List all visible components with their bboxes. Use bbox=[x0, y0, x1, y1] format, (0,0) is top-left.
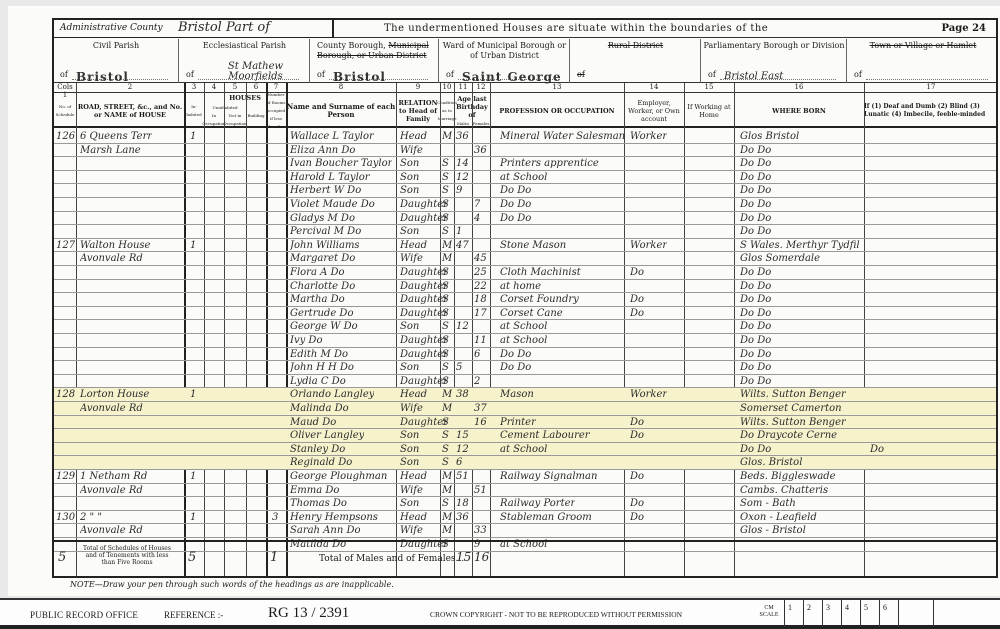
relation: Son bbox=[400, 158, 419, 169]
relation: Son bbox=[400, 430, 419, 441]
relation: Daughter bbox=[400, 199, 448, 210]
note-text: NOTE—Draw your pen through such words of… bbox=[70, 580, 394, 589]
inhabited-count: 1 bbox=[190, 471, 196, 482]
marital-condition: S bbox=[442, 349, 449, 360]
employment-status: Do bbox=[630, 471, 644, 482]
birthplace: Do Do bbox=[740, 444, 771, 455]
person-name: John H H Do bbox=[290, 362, 354, 373]
birthplace: Do Do bbox=[740, 185, 771, 196]
marital-condition: S bbox=[442, 281, 449, 292]
total-mf-label: Total of Males and of Females... bbox=[319, 554, 464, 564]
census-row: Reginald DoSonS6Glos. Bristol bbox=[54, 456, 996, 470]
census-row: 1291 Netham Rd1George PloughmanHeadM51Ra… bbox=[54, 470, 996, 484]
census-row: Harold L TaylorSonS12at SchoolDo Do bbox=[54, 171, 996, 185]
total-houses: 5 bbox=[188, 550, 196, 565]
person-name: Orlando Langley bbox=[290, 389, 374, 400]
birthplace: Som - Bath bbox=[740, 498, 796, 509]
person-name: Percival M Do bbox=[290, 226, 361, 237]
age-male: 15 bbox=[456, 430, 469, 441]
birthplace: Do Do bbox=[740, 321, 771, 332]
person-name: Violet Maude Do bbox=[290, 199, 375, 210]
census-row: 128Lorton House1Orlando LangleyHeadM38Ma… bbox=[54, 388, 996, 402]
person-name: Gertrude Do bbox=[290, 308, 353, 319]
county-borough: County Borough, Municipal Borough, or Ur… bbox=[311, 39, 439, 83]
census-row: Gladys M DoDaughterS4Do DoDo Do bbox=[54, 212, 996, 226]
age-male: 36 bbox=[456, 131, 469, 142]
occupation: at School bbox=[500, 444, 547, 455]
census-row: Oliver LangleySonS15Cement LabourerDoDo … bbox=[54, 429, 996, 443]
person-name: Malinda Do bbox=[290, 403, 349, 414]
person-name: George Ploughman bbox=[290, 471, 387, 482]
census-row: Avonvale RdMargaret DoWifeM45Glos Somerd… bbox=[54, 252, 996, 266]
header-districts: Civil Parish of Bristol Ecclesiastical P… bbox=[54, 39, 996, 83]
census-row: Maud DoDaughterS16PrinterDoWilts. Sutton… bbox=[54, 416, 996, 430]
census-row: Stanley DoSonS12at SchoolDo DoDo bbox=[54, 443, 996, 457]
relation: Wife bbox=[400, 525, 423, 536]
marital-condition: M bbox=[442, 389, 452, 400]
parliamentary-borough: Parliamentary Borough or Division of Bri… bbox=[702, 39, 847, 83]
relation: Wife bbox=[400, 403, 423, 414]
birthplace: Do Do bbox=[740, 294, 771, 305]
census-row: Ivan Boucher TaylorSonS14Printers appren… bbox=[54, 157, 996, 171]
schedule-number: 129 bbox=[56, 471, 75, 482]
census-row: 1266 Queens Terr1Wallace L TaylorHeadM36… bbox=[54, 130, 996, 144]
road-address: 6 Queens Terr bbox=[80, 131, 152, 142]
relation: Son bbox=[400, 172, 419, 183]
census-row: Marsh LaneEliza Ann DoWife36Do Do bbox=[54, 144, 996, 158]
relation: Daughter bbox=[400, 417, 448, 428]
person-name: Harold L Taylor bbox=[290, 172, 370, 183]
relation: Head bbox=[400, 389, 427, 400]
marital-condition: S bbox=[442, 362, 449, 373]
road-address: Walton House bbox=[80, 240, 150, 251]
age-male: 47 bbox=[456, 240, 469, 251]
employment-status: Do bbox=[630, 417, 644, 428]
scale-3: 3 bbox=[822, 600, 841, 627]
age-male: 12 bbox=[456, 172, 469, 183]
census-row: Charlotte DoDaughterS22at homeDo Do bbox=[54, 280, 996, 294]
relation: Son bbox=[400, 362, 419, 373]
age-female: 36 bbox=[474, 145, 487, 156]
cm-scale: 1 2 3 4 5 6 bbox=[784, 600, 934, 627]
birthplace: Oxon - Leafield bbox=[740, 512, 817, 523]
birthplace: Do Do bbox=[740, 281, 771, 292]
age-female: 17 bbox=[474, 308, 487, 319]
marital-condition: M bbox=[442, 485, 452, 496]
age-female: 37 bbox=[474, 403, 487, 414]
occupation: Do Do bbox=[500, 199, 531, 210]
road-address: Marsh Lane bbox=[80, 145, 141, 156]
age-male: 5 bbox=[456, 362, 462, 373]
birthplace: Glos - Bristol bbox=[740, 525, 806, 536]
occupation: Printers apprentice bbox=[500, 158, 599, 169]
archive-footer: PUBLIC RECORD OFFICE REFERENCE :- RG 13 … bbox=[0, 598, 1000, 629]
relation: Daughter bbox=[400, 308, 448, 319]
census-row: Edith M DoDaughterS6Do DoDo Do bbox=[54, 348, 996, 362]
person-name: Charlotte Do bbox=[290, 281, 355, 292]
person-name: Henry Hempsons bbox=[290, 512, 378, 523]
relation: Head bbox=[400, 471, 427, 482]
marital-condition: M bbox=[442, 525, 452, 536]
census-sheet: Administrative County Bristol Part of Th… bbox=[8, 6, 1000, 596]
birthplace: Do Do bbox=[740, 267, 771, 278]
occupation: Stone Mason bbox=[500, 240, 566, 251]
birthplace: Do Do bbox=[740, 335, 771, 346]
person-name: Margaret Do bbox=[290, 253, 355, 264]
occupation: Stableman Groom bbox=[500, 512, 592, 523]
header-top: Administrative County Bristol Part of Th… bbox=[54, 20, 996, 38]
relation: Daughter bbox=[400, 335, 448, 346]
marital-condition: S bbox=[442, 199, 449, 210]
census-row: Avonvale RdEmma DoWifeM51Cambs. Chatteri… bbox=[54, 484, 996, 498]
birthplace: Do Do bbox=[740, 172, 771, 183]
scale-6: 6 bbox=[879, 600, 898, 627]
person-name: Emma Do bbox=[290, 485, 339, 496]
employment-status: Do bbox=[630, 294, 644, 305]
inhabited-count: 1 bbox=[190, 240, 196, 251]
employment-status: Do bbox=[630, 498, 644, 509]
census-row: Lydia C DoDaughterS2Do Do bbox=[54, 375, 996, 389]
occupation: Printer bbox=[500, 417, 536, 428]
relation: Head bbox=[400, 131, 427, 142]
occupation: Do Do bbox=[500, 185, 531, 196]
employment-status: Do bbox=[630, 267, 644, 278]
occupation: at School bbox=[500, 321, 547, 332]
birthplace: S Wales. Merthyr Tydfil bbox=[740, 240, 860, 251]
relation: Son bbox=[400, 185, 419, 196]
occupation: Railway Porter bbox=[500, 498, 575, 509]
relation: Daughter bbox=[400, 267, 448, 278]
marital-condition: S bbox=[442, 172, 449, 183]
marital-condition: S bbox=[442, 430, 449, 441]
relation: Son bbox=[400, 226, 419, 237]
scale-label: CM SCALE bbox=[757, 605, 781, 619]
person-name: Sarah Ann Do bbox=[290, 525, 361, 536]
age-female: 11 bbox=[474, 335, 487, 346]
marital-condition: S bbox=[442, 417, 449, 428]
marital-condition: S bbox=[442, 267, 449, 278]
occupation: Do Do bbox=[500, 213, 531, 224]
birthplace: Glos. Bristol bbox=[740, 457, 802, 468]
column-numbers: Cols 1 2 3 4 5 6 7 8 9 10 11 12 13 14 15… bbox=[54, 83, 996, 93]
person-name: Ivan Boucher Taylor bbox=[290, 158, 392, 169]
occupation: at School bbox=[500, 172, 547, 183]
relation: Wife bbox=[400, 145, 423, 156]
employment-status: Worker bbox=[630, 389, 667, 400]
ward-value: Saint George bbox=[462, 72, 562, 82]
birthplace: Do Do bbox=[740, 376, 771, 387]
total-rooms: 1 bbox=[270, 550, 278, 565]
road-address: 1 Netham Rd bbox=[80, 471, 147, 482]
age-male: 9 bbox=[456, 185, 462, 196]
age-male: 18 bbox=[456, 498, 469, 509]
age-male: 12 bbox=[456, 444, 469, 455]
person-name: Lydia C Do bbox=[290, 376, 346, 387]
census-row: Flora A DoDaughterS25Cloth MachinistDoDo… bbox=[54, 266, 996, 280]
occupation: Corset Foundry bbox=[500, 294, 579, 305]
birthplace: Cambs. Chatteris bbox=[740, 485, 828, 496]
administrative-county-box: Administrative County Bristol Part of bbox=[54, 20, 334, 38]
birthplace: Do Do bbox=[740, 213, 771, 224]
total-males: 15 bbox=[456, 550, 471, 564]
column-headings: No. of Schedule ROAD, STREET, &c., and N… bbox=[54, 94, 996, 128]
employment-status: Do bbox=[630, 430, 644, 441]
marital-condition: S bbox=[442, 457, 449, 468]
marital-condition: M bbox=[442, 512, 452, 523]
person-name: Thomas Do bbox=[290, 498, 347, 509]
census-form: Administrative County Bristol Part of Th… bbox=[52, 18, 998, 578]
birthplace: Somerset Camerton bbox=[740, 403, 842, 414]
relation: Daughter bbox=[400, 294, 448, 305]
person-name: Flora A Do bbox=[290, 267, 345, 278]
county-borough-value: Bristol bbox=[333, 72, 386, 82]
age-female: 22 bbox=[474, 281, 487, 292]
age-male: 1 bbox=[456, 226, 462, 237]
relation: Son bbox=[400, 457, 419, 468]
inhabited-count: 1 bbox=[190, 389, 196, 400]
marital-condition: M bbox=[442, 240, 452, 251]
occupation: Mason bbox=[500, 389, 534, 400]
marital-condition: S bbox=[442, 308, 449, 319]
reference-value: RG 13 / 2391 bbox=[268, 605, 349, 622]
relation: Daughter bbox=[400, 376, 448, 387]
civil-parish-value: Bristol bbox=[76, 72, 129, 82]
relation: Head bbox=[400, 512, 427, 523]
marital-condition: M bbox=[442, 253, 452, 264]
census-row: Herbert W DoSonS9Do DoDo Do bbox=[54, 184, 996, 198]
marital-condition: S bbox=[442, 294, 449, 305]
birthplace: Glos Bristol bbox=[740, 131, 799, 142]
census-row: John H H DoSonS5Do DoDo Do bbox=[54, 361, 996, 375]
birthplace: Do Do bbox=[740, 349, 771, 360]
scale-1: 1 bbox=[784, 600, 803, 627]
birthplace: Do Do bbox=[740, 199, 771, 210]
relation: Wife bbox=[400, 485, 423, 496]
boundary-text: The undermentioned Houses are situate wi… bbox=[384, 23, 768, 34]
person-name: Martha Do bbox=[290, 294, 345, 305]
relation: Daughter bbox=[400, 213, 448, 224]
census-row: 127Walton House1John WilliamsHeadM47Ston… bbox=[54, 239, 996, 253]
scale-2: 2 bbox=[803, 600, 822, 627]
person-name: Gladys M Do bbox=[290, 213, 355, 224]
totals-label: Total of Schedules of Houses and of Tene… bbox=[82, 545, 172, 566]
census-row: Gertrude DoDaughterS17Corset CaneDoDo Do bbox=[54, 307, 996, 321]
age-female: 45 bbox=[474, 253, 487, 264]
occupation: at home bbox=[500, 281, 541, 292]
inhabited-count: 1 bbox=[190, 512, 196, 523]
census-row: Violet Maude DoDaughterS7Do DoDo Do bbox=[54, 198, 996, 212]
person-name: Ivy Do bbox=[290, 335, 322, 346]
age-female: 7 bbox=[474, 199, 480, 210]
marital-condition: M bbox=[442, 403, 452, 414]
relation: Son bbox=[400, 498, 419, 509]
age-female: 51 bbox=[474, 485, 487, 496]
employment-status: Worker bbox=[630, 131, 667, 142]
census-row: Martha DoDaughterS18Corset FoundryDoDo D… bbox=[54, 293, 996, 307]
infirmity: Do bbox=[870, 444, 884, 455]
census-row: Avonvale RdMalinda DoWifeM37Somerset Cam… bbox=[54, 402, 996, 416]
employment-status: Do bbox=[630, 512, 644, 523]
office-label: PUBLIC RECORD OFFICE bbox=[30, 610, 138, 620]
relation: Daughter bbox=[400, 349, 448, 360]
age-female: 4 bbox=[474, 213, 480, 224]
age-female: 6 bbox=[474, 349, 480, 360]
copyright-notice: CROWN COPYRIGHT - NOT TO BE REPRODUCED W… bbox=[430, 610, 682, 619]
total-females: 16 bbox=[474, 550, 489, 564]
ecclesiastical-parish-value: St Mathew Moorfields bbox=[202, 62, 309, 82]
birthplace: Do Draycote Cerne bbox=[740, 430, 837, 441]
marital-condition: M bbox=[442, 131, 452, 142]
reference-label: REFERENCE :- bbox=[164, 610, 223, 620]
marital-condition: S bbox=[442, 321, 449, 332]
schedule-number: 130 bbox=[56, 512, 75, 523]
birthplace: Do Do bbox=[740, 145, 771, 156]
birthplace: Do Do bbox=[740, 226, 771, 237]
age-female: 25 bbox=[474, 267, 487, 278]
occupation: Mineral Water Salesman bbox=[500, 131, 625, 142]
relation: Head bbox=[400, 240, 427, 251]
person-name: Herbert W Do bbox=[290, 185, 361, 196]
marital-condition: S bbox=[442, 335, 449, 346]
person-name: Wallace L Taylor bbox=[290, 131, 374, 142]
ward: Ward of Municipal Borough or of Urban Di… bbox=[440, 39, 570, 83]
admin-county-label: Administrative County bbox=[60, 23, 163, 33]
road-address: Avonvale Rd bbox=[80, 403, 143, 414]
person-name: Maud Do bbox=[290, 417, 336, 428]
relation: Son bbox=[400, 444, 419, 455]
civil-parish: Civil Parish of Bristol bbox=[54, 39, 179, 83]
inhabited-count: 1 bbox=[190, 131, 196, 142]
census-row: 1302 " "13Henry HempsonsHeadM36Stableman… bbox=[54, 511, 996, 525]
birthplace: Beds. Biggleswade bbox=[740, 471, 836, 482]
marital-condition: S bbox=[442, 185, 449, 196]
road-address: Avonvale Rd bbox=[80, 253, 143, 264]
road-address: 2 " " bbox=[80, 512, 102, 523]
marital-condition: S bbox=[442, 226, 449, 237]
rural-district: Rural District of bbox=[571, 39, 701, 83]
age-female: 2 bbox=[474, 376, 480, 387]
rooms-count: 3 bbox=[272, 512, 278, 523]
totals-row: 5 Total of Schedules of Houses and of Te… bbox=[54, 540, 996, 576]
census-row: George W DoSonS12at SchoolDo Do bbox=[54, 320, 996, 334]
employment-status: Do bbox=[630, 308, 644, 319]
total-schedules: 5 bbox=[58, 550, 66, 565]
person-name: Eliza Ann Do bbox=[290, 145, 355, 156]
age-male: 14 bbox=[456, 158, 469, 169]
marital-condition: S bbox=[442, 498, 449, 509]
relation: Son bbox=[400, 321, 419, 332]
road-address: Avonvale Rd bbox=[80, 485, 143, 496]
birthplace: Wilts. Sutton Benger bbox=[740, 389, 846, 400]
marital-condition: S bbox=[442, 444, 449, 455]
person-name: Stanley Do bbox=[290, 444, 345, 455]
age-female: 18 bbox=[474, 294, 487, 305]
person-name: George W Do bbox=[290, 321, 358, 332]
age-male: 51 bbox=[456, 471, 469, 482]
birthplace: Glos Somerdale bbox=[740, 253, 820, 264]
relation: Wife bbox=[400, 253, 423, 264]
census-row: Percival M DoSonS1Do Do bbox=[54, 225, 996, 239]
occupation: Do Do bbox=[500, 362, 531, 373]
schedule-number: 126 bbox=[56, 131, 75, 142]
occupation: Cloth Machinist bbox=[500, 267, 581, 278]
age-female: 33 bbox=[474, 525, 487, 536]
occupation: at School bbox=[500, 335, 547, 346]
age-female: 16 bbox=[474, 417, 487, 428]
person-name: John Williams bbox=[290, 240, 360, 251]
parliamentary-value: Bristol East bbox=[724, 72, 783, 82]
page-number: Page 24 bbox=[942, 23, 986, 34]
age-male: 6 bbox=[456, 457, 462, 468]
birthplace: Do Do bbox=[740, 362, 771, 373]
scale-end bbox=[898, 600, 934, 627]
census-row: Ivy DoDaughterS11at SchoolDo Do bbox=[54, 334, 996, 348]
age-male: 38 bbox=[456, 389, 469, 400]
birthplace: Wilts. Sutton Benger bbox=[740, 417, 846, 428]
age-male: 12 bbox=[456, 321, 469, 332]
census-row: Thomas DoSonS18Railway PorterDoSom - Bat… bbox=[54, 497, 996, 511]
person-name: Reginald Do bbox=[290, 457, 352, 468]
marital-condition: S bbox=[442, 158, 449, 169]
scale-5: 5 bbox=[860, 600, 879, 627]
birthplace: Do Do bbox=[740, 158, 771, 169]
scale-4: 4 bbox=[841, 600, 860, 627]
ecclesiastical-parish: Ecclesiastical Parish of St Mathew Moorf… bbox=[180, 39, 310, 83]
occupation: Do Do bbox=[500, 349, 531, 360]
relation: Daughter bbox=[400, 281, 448, 292]
marital-condition: S bbox=[442, 213, 449, 224]
marital-condition: M bbox=[442, 471, 452, 482]
schedule-number: 128 bbox=[56, 389, 75, 400]
occupation: Corset Cane bbox=[500, 308, 563, 319]
birthplace: Do Do bbox=[740, 308, 771, 319]
admin-county-value: Bristol Part of bbox=[178, 20, 270, 35]
employment-status: Worker bbox=[630, 240, 667, 251]
occupation: Cement Labourer bbox=[500, 430, 590, 441]
person-name: Edith M Do bbox=[290, 349, 348, 360]
occupation: Railway Signalman bbox=[500, 471, 597, 482]
person-name: Oliver Langley bbox=[290, 430, 364, 441]
census-row: Avonvale RdSarah Ann DoWifeM33Glos - Bri… bbox=[54, 524, 996, 538]
age-male: 36 bbox=[456, 512, 469, 523]
road-address: Avonvale Rd bbox=[80, 525, 143, 536]
marital-condition: S bbox=[442, 376, 449, 387]
schedule-number: 127 bbox=[56, 240, 75, 251]
town-village: Town or Village or Hamlet of bbox=[848, 39, 998, 83]
road-address: Lorton House bbox=[80, 389, 149, 400]
